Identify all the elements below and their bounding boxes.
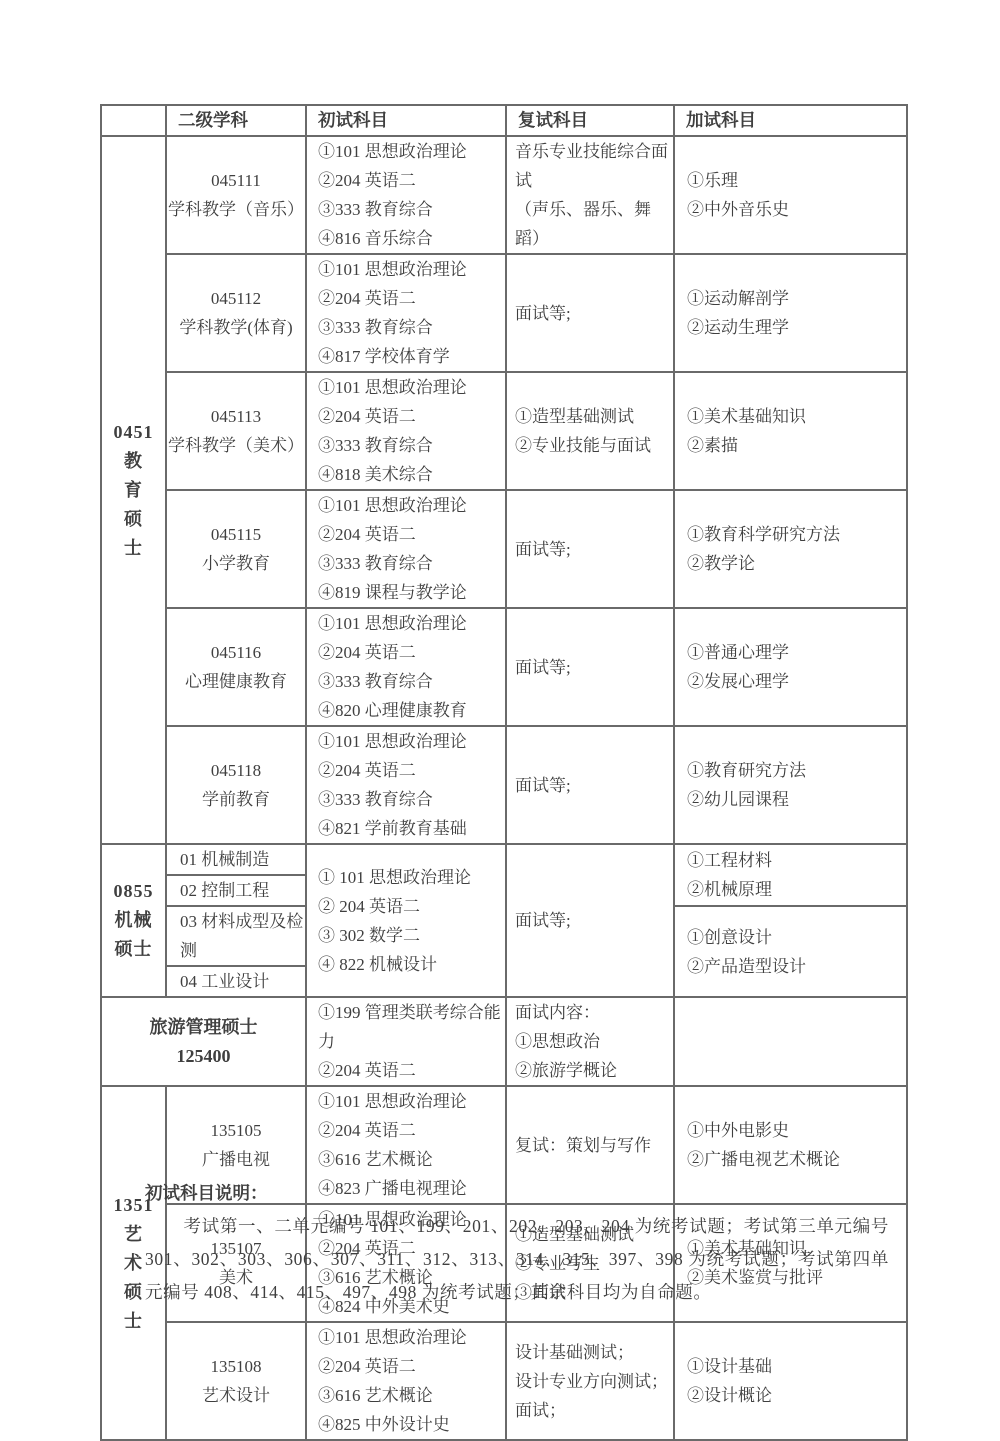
additional-cell (674, 997, 907, 1086)
initial-subjects-cell: ①101 思想政治理论 ②204 英语二 ③333 教育综合 ④816 音乐综合 (306, 136, 506, 254)
retest-cell: 面试等; (506, 844, 674, 997)
additional-cell: ①普通心理学 ②发展心理学 (674, 608, 907, 726)
additional-cell: ①教育研究方法 ②幼儿园课程 (674, 726, 907, 844)
retest-cell: 面试等; (506, 490, 674, 608)
initial-subjects-cell: ①101 思想政治理论 ②204 英语二 ③333 教育综合 ④820 心理健康… (306, 608, 506, 726)
major-cell: 04 工业设计 (166, 966, 306, 997)
table-row-045111: 0451 教 育 硕 士 045111 学科教学（音乐） ①101 思想政治理论… (101, 136, 907, 254)
initial-subjects-cell: ①101 思想政治理论 ②204 英语二 ③333 教育综合 ④818 美术综合 (306, 372, 506, 490)
table-row-045118: 045118 学前教育 ①101 思想政治理论 ②204 英语二 ③333 教育… (101, 726, 907, 844)
initial-subjects-note: 初试科目说明： 考试第一、二单元编号 101、199、201、202、203、2… (145, 1180, 889, 1309)
header-empty-cell (101, 105, 166, 136)
table-row-045116: 045116 心理健康教育 ①101 思想政治理论 ②204 英语二 ③333 … (101, 608, 907, 726)
retest-cell: 面试等; (506, 726, 674, 844)
note-title: 初试科目说明： (145, 1180, 889, 1206)
retest-cell: 面试等; (506, 254, 674, 372)
major-cell: 045116 心理健康教育 (166, 608, 306, 726)
additional-cell: ①乐理 ②中外音乐史 (674, 136, 907, 254)
additional-cell: ①美术基础知识 ②素描 (674, 372, 907, 490)
table-row-045113: 045113 学科教学（美术） ①101 思想政治理论 ②204 英语二 ③33… (101, 372, 907, 490)
additional-cell: ①设计基础 ②设计概论 (674, 1322, 907, 1440)
initial-subjects-cell: ①101 思想政治理论 ②204 英语二 ③616 艺术概论 ④825 中外设计… (306, 1322, 506, 1440)
major-cell: 02 控制工程 (166, 875, 306, 906)
major-cell: 01 机械制造 (166, 844, 306, 875)
major-cell: 045118 学前教育 (166, 726, 306, 844)
table-row-135108: 135108 艺术设计 ①101 思想政治理论 ②204 英语二 ③616 艺术… (101, 1322, 907, 1440)
major-cell: 045111 学科教学（音乐） (166, 136, 306, 254)
major-cell: 045112 学科教学(体育) (166, 254, 306, 372)
header-retest-subjects: 复试科目 (506, 105, 674, 136)
major-cell: 045113 学科教学（美术） (166, 372, 306, 490)
category-cell-mechanical: 0855 机械 硕士 (101, 844, 166, 997)
table-row-045112: 045112 学科教学(体育) ①101 思想政治理论 ②204 英语二 ③33… (101, 254, 907, 372)
table-row-045115: 045115 小学教育 ①101 思想政治理论 ②204 英语二 ③333 教育… (101, 490, 907, 608)
retest-cell: ①造型基础测试 ②专业技能与面试 (506, 372, 674, 490)
header-initial-subjects: 初试科目 (306, 105, 506, 136)
major-cell: 045115 小学教育 (166, 490, 306, 608)
header-additional-subjects: 加试科目 (674, 105, 907, 136)
additional-cell-top: ①工程材料 ②机械原理 (674, 844, 907, 906)
retest-cell: 音乐专业技能综合面试 （声乐、器乐、舞蹈） (506, 136, 674, 254)
retest-cell: 面试内容： ①思想政治 ②旅游学概论 (506, 997, 674, 1086)
major-cell: 03 材料成型及检测 (166, 906, 306, 966)
retest-cell: 设计基础测试； 设计专业方向测试； 面试； (506, 1322, 674, 1440)
category-cell-education: 0451 教 育 硕 士 (101, 136, 166, 844)
additional-cell: ①教育科学研究方法 ②教学论 (674, 490, 907, 608)
table-row-tourism: 旅游管理硕士 125400 ①199 管理类联考综合能力 ②204 英语二 面试… (101, 997, 907, 1086)
initial-subjects-cell: ① 101 思想政治理论 ② 204 英语二 ③ 302 数学二 ④ 822 机… (306, 844, 506, 997)
document-page: 二级学科 初试科目 复试科目 加试科目 0451 教 育 硕 士 045111 … (0, 0, 1000, 1414)
header-secondary-discipline: 二级学科 (166, 105, 306, 136)
initial-subjects-cell: ①101 思想政治理论 ②204 英语二 ③333 教育综合 ④817 学校体育… (306, 254, 506, 372)
initial-subjects-cell: ①101 思想政治理论 ②204 英语二 ③333 教育综合 ④819 课程与教… (306, 490, 506, 608)
retest-cell: 面试等; (506, 608, 674, 726)
header-row: 二级学科 初试科目 复试科目 加试科目 (101, 105, 907, 136)
major-cell: 135108 艺术设计 (166, 1322, 306, 1440)
initial-subjects-cell: ①101 思想政治理论 ②204 英语二 ③333 教育综合 ④821 学前教育… (306, 726, 506, 844)
category-cell-tourism: 旅游管理硕士 125400 (101, 997, 306, 1086)
additional-cell-bottom: ①创意设计 ②产品造型设计 (674, 906, 907, 997)
note-body: 考试第一、二单元编号 101、199、201、202、203、204 为统考试题… (145, 1210, 889, 1309)
initial-subjects-cell: ①199 管理类联考综合能力 ②204 英语二 (306, 997, 506, 1086)
table-row-mech-01: 0855 机械 硕士 01 机械制造 ① 101 思想政治理论 ② 204 英语… (101, 844, 907, 875)
additional-cell: ①运动解剖学 ②运动生理学 (674, 254, 907, 372)
